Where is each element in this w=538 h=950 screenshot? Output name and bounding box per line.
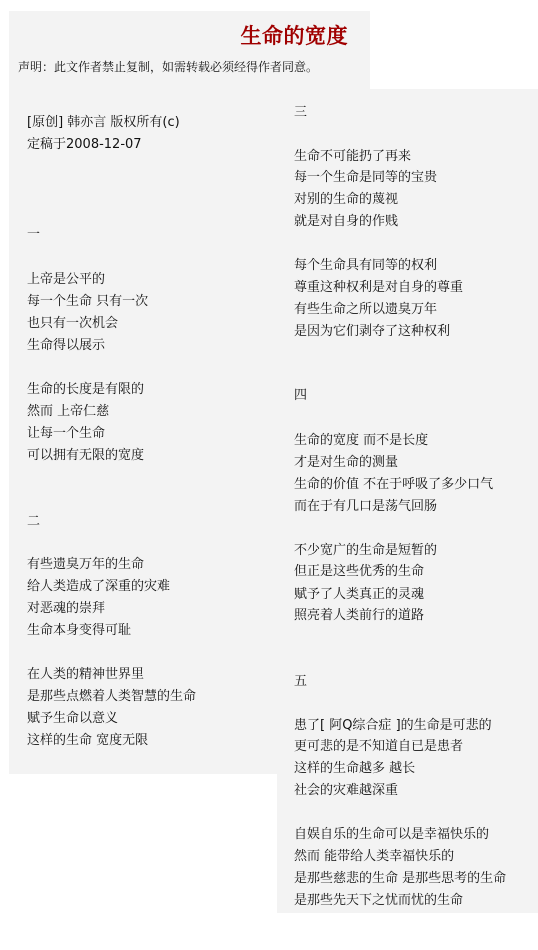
poem-line: 给人类造成了深重的灾难 <box>27 578 170 596</box>
poem-line: 让每一个生命 <box>27 425 105 443</box>
poem-line: 每个生命具有同等的权利 <box>294 257 437 275</box>
poem-line: 对恶魂的崇拜 <box>27 600 105 618</box>
page-title: 生命的宽度 <box>241 20 349 50</box>
poem-line: 是那些慈悲的生命 是那些思考的生命 <box>294 870 506 888</box>
poem-line: 才是对生命的测量 <box>294 454 398 472</box>
poem-line: 生命得以展示 <box>27 337 105 355</box>
poem-line: 尊重这种权利是对自身的尊重 <box>294 279 463 297</box>
poem-line: 可以拥有无限的宽度 <box>27 447 144 465</box>
poem-line: 更可悲的是不知道自已是患者 <box>294 738 463 756</box>
date-line: 定稿于2008-12-07 <box>27 136 142 154</box>
poem-line: 赋予了人类真正的灵魂 <box>294 586 424 604</box>
section-heading: 一 <box>27 226 40 244</box>
poem-line: 生命的长度是有限的 <box>27 381 144 399</box>
poem-line: 也只有一次机会 <box>27 315 118 333</box>
poem-line: 是那些先天下之忧而忧的生命 <box>294 892 463 910</box>
poem-line: 在人类的精神世界里 <box>27 666 144 684</box>
poem-line: 患了[ 阿Q综合症 ]的生命是可悲的 <box>294 717 492 735</box>
header-panel: 生命的宽度 声明：此文作者禁止复制，如需转载必须经得作者同意。 <box>9 11 370 89</box>
poem-line: 对别的生命的蔑视 <box>294 191 398 209</box>
poem-line: 有些生命之所以遗臭万年 <box>294 301 437 319</box>
section-heading: 四 <box>294 387 307 405</box>
poem-line: 而在于有几口是荡气回肠 <box>294 498 437 516</box>
right-column: 三 生命不可能扔了再来 每一个生命是同等的宝贵 对别的生命的蔑视 就是对自身的作… <box>277 89 538 913</box>
poem-line: 每一个生命是同等的宝贵 <box>294 169 437 187</box>
poem-line: 生命不可能扔了再来 <box>294 148 411 166</box>
poem-line: 社会的灾难越深重 <box>294 782 398 800</box>
poem-line: 这样的生命越多 越长 <box>294 760 415 778</box>
section-heading: 三 <box>294 104 307 122</box>
copyright-notice: 声明：此文作者禁止复制，如需转载必须经得作者同意。 <box>18 58 318 75</box>
poem-line: 上帝是公平的 <box>27 271 105 289</box>
poem-line: 生命的价值 不在于呼吸了多少口气 <box>294 476 493 494</box>
poem-line: 但正是这些优秀的生命 <box>294 563 424 581</box>
section-heading: 五 <box>294 673 307 691</box>
poem-line: 生命本身变得可耻 <box>27 622 131 640</box>
poem-line: 然而 上帝仁慈 <box>27 403 109 421</box>
poem-line: 就是对自身的作贱 <box>294 213 398 231</box>
poem-line: 自娱自乐的生命可以是幸福快乐的 <box>294 826 489 844</box>
left-column: [原创] 韩亦言 版权所有(c) 定稿于2008-12-07 一 上帝是公平的 … <box>9 89 277 774</box>
copyright-line: [原创] 韩亦言 版权所有(c) <box>27 114 180 132</box>
poem-line: 是那些点燃着人类智慧的生命 <box>27 688 196 706</box>
poem-line: 是因为它们剥夺了这种权利 <box>294 323 450 341</box>
poem-line: 这样的生命 宽度无限 <box>27 732 148 750</box>
poem-line: 生命的宽度 而不是长度 <box>294 432 428 450</box>
section-heading: 二 <box>27 513 40 531</box>
poem-line: 有些遗臭万年的生命 <box>27 556 144 574</box>
poem-line: 每一个生命 只有一次 <box>27 293 148 311</box>
poem-line: 照亮着人类前行的道路 <box>294 607 424 625</box>
poem-line: 不少宽广的生命是短暂的 <box>294 542 437 560</box>
poem-line: 然而 能带给人类幸福快乐的 <box>294 848 454 866</box>
poem-line: 赋予生命以意义 <box>27 710 118 728</box>
